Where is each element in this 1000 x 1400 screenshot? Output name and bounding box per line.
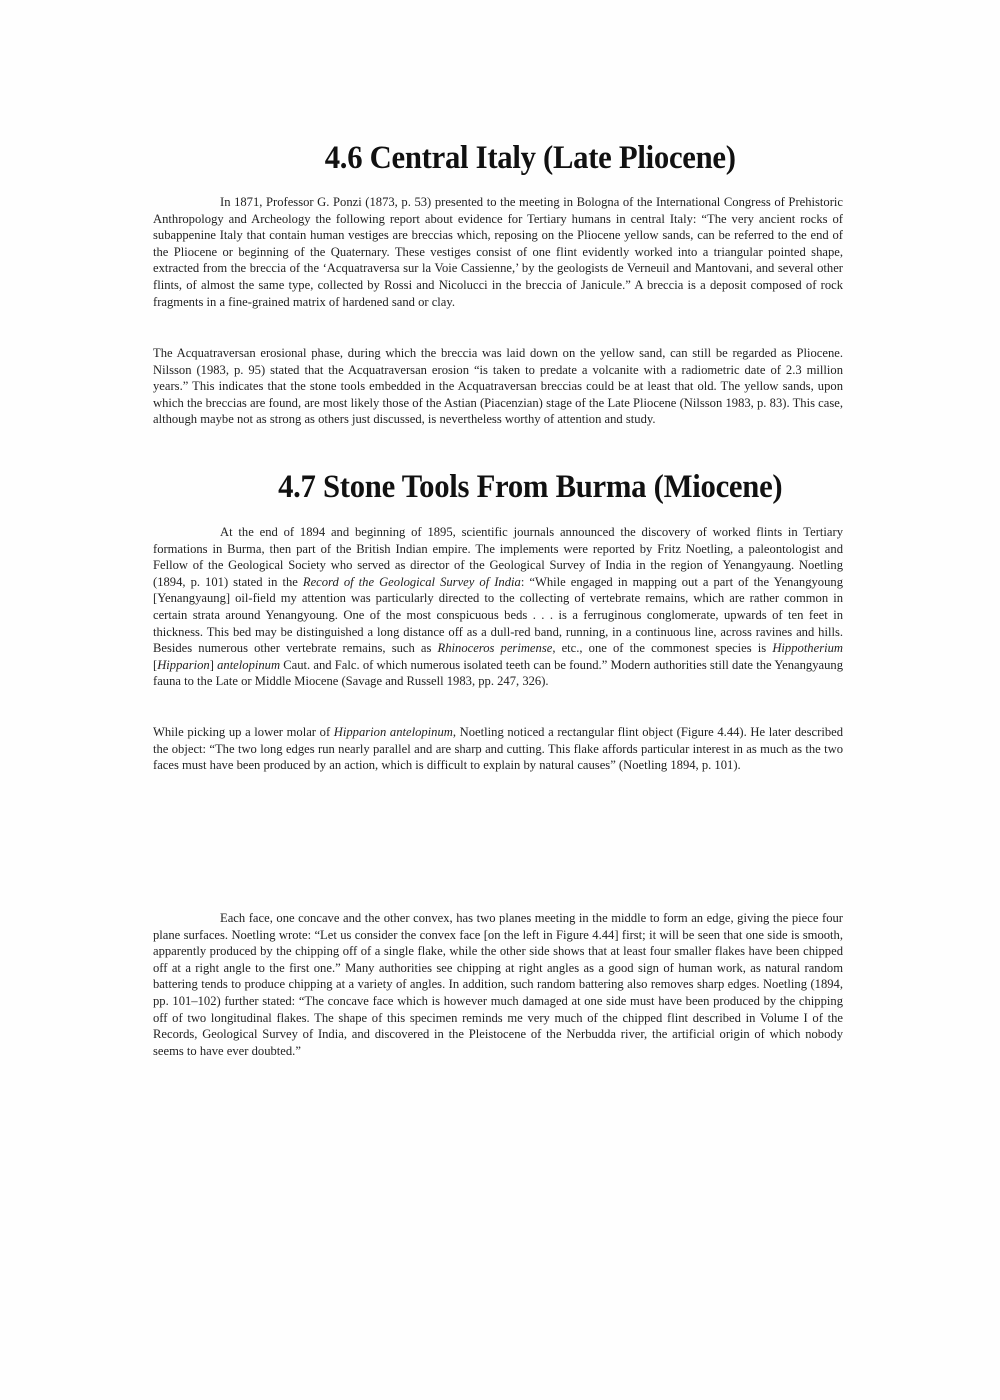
text-segment: While picking up a lower molar of xyxy=(153,725,334,739)
italic-species-name: Hippotherium xyxy=(772,641,843,655)
document-page: 4.6 Central Italy (Late Pliocene) In 187… xyxy=(0,0,1000,1400)
text-segment: , etc., one of the commonest species is xyxy=(552,641,772,655)
italic-species-name: antelopinum xyxy=(217,658,280,672)
paragraph-ponzi-report: In 1871, Professor G. Ponzi (1873, p. 53… xyxy=(153,194,843,310)
italic-species-name: Hipparion antelopinum xyxy=(334,725,453,739)
paragraph-acquatraversan-phase: The Acquatraversan erosional phase, duri… xyxy=(153,345,843,428)
text-segment: ] xyxy=(210,658,217,672)
italic-journal-title: Record of the Geological Survey of India xyxy=(303,575,521,589)
text-segment: The Acquatraversan erosional phase, duri… xyxy=(153,346,843,426)
italic-species-name: Hipparion xyxy=(157,658,209,672)
paragraph-noetling-discovery: At the end of 1894 and beginning of 1895… xyxy=(153,524,843,690)
text-segment: In 1871, Professor G. Ponzi (1873, p. 53… xyxy=(153,195,843,309)
section-heading-4-7: 4.7 Stone Tools From Burma (Miocene) xyxy=(35,467,1000,507)
paragraph-flint-object: While picking up a lower molar of Hippar… xyxy=(153,724,843,774)
italic-species-name: Rhinoceros perimense xyxy=(438,641,553,655)
figure-placeholder-blank xyxy=(153,805,843,900)
text-segment: Each face, one concave and the other con… xyxy=(153,911,843,1058)
section-heading-4-6: 4.6 Central Italy (Late Pliocene) xyxy=(35,138,1000,178)
paragraph-face-description: Each face, one concave and the other con… xyxy=(153,910,843,1059)
